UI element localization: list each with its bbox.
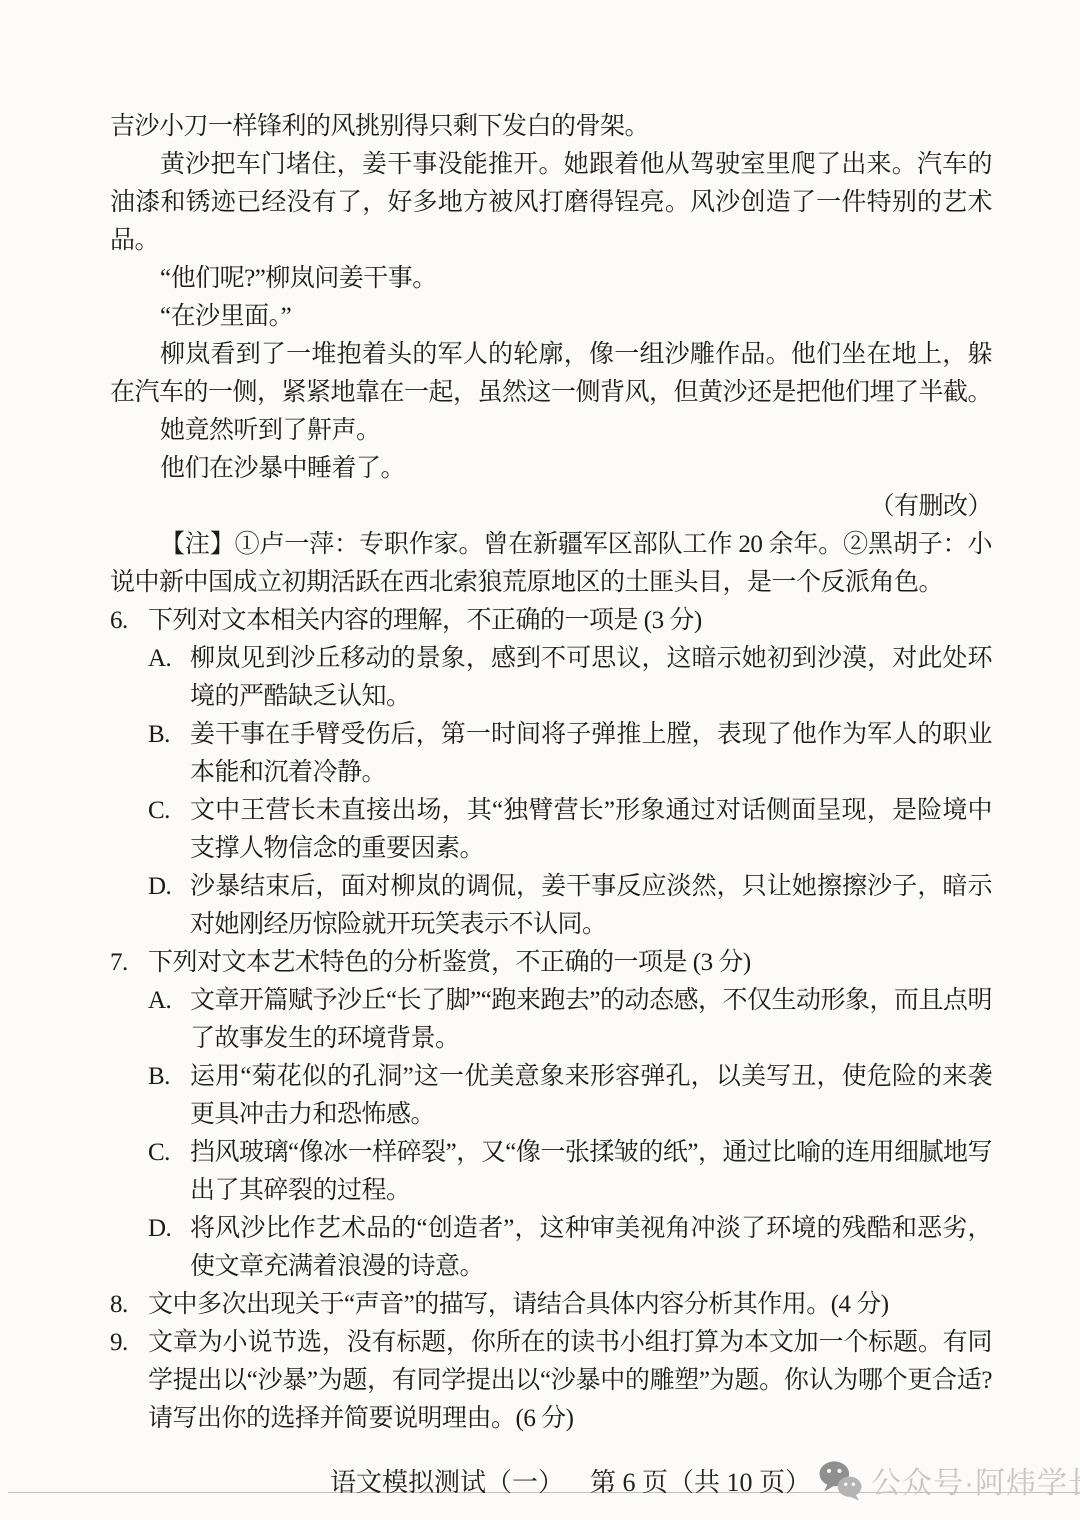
option-label: C. bbox=[148, 792, 190, 868]
story-paragraph: “他们呢?”柳岚问姜干事。 bbox=[110, 260, 992, 298]
option-text: 沙暴结束后，面对柳岚的调侃，姜干事反应淡然，只让她擦擦沙子，暗示对她刚经历惊险就… bbox=[190, 868, 992, 944]
option-row: C. 挡风玻璃“像冰一样碎裂”，又“像一张揉皱的纸”，通过比喻的连用细腻地写出了… bbox=[110, 1134, 992, 1210]
story-paragraph: “在沙里面。” bbox=[110, 298, 992, 336]
question-number: 8. bbox=[110, 1286, 148, 1324]
page-content: 吉沙小刀一样锋利的风挑别得只剩下发白的骨架。 黄沙把车门堵住，姜干事没能推开。她… bbox=[110, 108, 992, 1438]
note-paragraph: 【注】①卢一萍：专职作家。曾在新疆军区部队工作 20 余年。②黑胡子：小说中新中… bbox=[110, 526, 992, 602]
question-number: 6. bbox=[110, 602, 148, 640]
question-8: 8. 文中多次出现关于“声音”的描写，请结合具体内容分析其作用。(4 分) bbox=[110, 1286, 992, 1324]
option-text: 运用“菊花似的孔洞”这一优美意象来形容弹孔，以美写丑，使危险的来袭更具冲击力和恐… bbox=[190, 1058, 992, 1134]
exam-page: 吉沙小刀一样锋利的风挑别得只剩下发白的骨架。 黄沙把车门堵住，姜干事没能推开。她… bbox=[0, 0, 1080, 1520]
option-row: B. 运用“菊花似的孔洞”这一优美意象来形容弹孔，以美写丑，使危险的来袭更具冲击… bbox=[110, 1058, 992, 1134]
option-row: B. 姜干事在手臂受伤后，第一时间将子弹推上膛，表现了他作为军人的职业本能和沉着… bbox=[110, 716, 992, 792]
option-row: A. 文章开篇赋予沙丘“长了脚”“跑来跑去”的动态感，不仅生动形象，而且点明了故… bbox=[110, 982, 992, 1058]
option-text: 姜干事在手臂受伤后，第一时间将子弹推上膛，表现了他作为军人的职业本能和沉着冷静。 bbox=[190, 716, 992, 792]
question-text: 文中多次出现关于“声音”的描写，请结合具体内容分析其作用。(4 分) bbox=[148, 1286, 992, 1324]
question-6: 6. 下列对文本相关内容的理解，不正确的一项是 (3 分) A. 柳岚见到沙丘移… bbox=[110, 602, 992, 944]
page-footer: 语文模拟测试（一） 第 6 页（共 10 页） 公众号·阿炜学长 bbox=[0, 1454, 1080, 1506]
question-stem: 7. 下列对文本艺术特色的分析鉴赏，不正确的一项是 (3 分) bbox=[110, 944, 992, 982]
question-stem: 9. 文章为小说节选，没有标题，你所在的读书小组打算为本文加一个标题。有同学提出… bbox=[110, 1324, 992, 1438]
story-paragraph: 他们在沙暴中睡着了。 bbox=[110, 450, 992, 488]
option-row: A. 柳岚见到沙丘移动的景象，感到不可思议，这暗示她初到沙漠，对此处环境的严酷缺… bbox=[110, 640, 992, 716]
option-label: A. bbox=[148, 640, 190, 716]
option-text: 柳岚见到沙丘移动的景象，感到不可思议，这暗示她初到沙漠，对此处环境的严酷缺乏认知… bbox=[190, 640, 992, 716]
option-row: C. 文中王营长未直接出场，其“独臂营长”形象通过对话侧面呈现，是险境中支撑人物… bbox=[110, 792, 992, 868]
question-text: 文章为小说节选，没有标题，你所在的读书小组打算为本文加一个标题。有同学提出以“沙… bbox=[148, 1324, 992, 1438]
question-9: 9. 文章为小说节选，没有标题，你所在的读书小组打算为本文加一个标题。有同学提出… bbox=[110, 1324, 992, 1438]
footer-exam-title: 语文模拟测试（一） bbox=[330, 1462, 564, 1499]
story-paragraph: 她竟然听到了鼾声。 bbox=[110, 412, 992, 450]
option-label: A. bbox=[148, 982, 190, 1058]
option-text: 文中王营长未直接出场，其“独臂营长”形象通过对话侧面呈现，是险境中支撑人物信念的… bbox=[190, 792, 992, 868]
question-text: 下列对文本艺术特色的分析鉴赏，不正确的一项是 (3 分) bbox=[148, 944, 992, 982]
story-paragraph: 吉沙小刀一样锋利的风挑别得只剩下发白的骨架。 bbox=[110, 108, 992, 146]
story-paragraph: 黄沙把车门堵住，姜干事没能推开。她跟着他从驾驶室里爬了出来。汽车的油漆和锈迹已经… bbox=[110, 146, 992, 260]
question-number: 9. bbox=[110, 1324, 148, 1438]
footer-page-number: 第 6 页（共 10 页） bbox=[590, 1462, 811, 1499]
question-number: 7. bbox=[110, 944, 148, 982]
attribution: （有删改） bbox=[110, 488, 992, 526]
watermark: 公众号·阿炜学长 bbox=[817, 1458, 1080, 1502]
option-row: D. 沙暴结束后，面对柳岚的调侃，姜干事反应淡然，只让她擦擦沙子，暗示对她刚经历… bbox=[110, 868, 992, 944]
question-stem: 8. 文中多次出现关于“声音”的描写，请结合具体内容分析其作用。(4 分) bbox=[110, 1286, 992, 1324]
option-label: D. bbox=[148, 868, 190, 944]
option-label: B. bbox=[148, 716, 190, 792]
wechat-icon bbox=[817, 1459, 863, 1501]
option-row: D. 将风沙比作艺术品的“创造者”，这种审美视角冲淡了环境的残酷和恶劣，使文章充… bbox=[110, 1210, 992, 1286]
option-text: 将风沙比作艺术品的“创造者”，这种审美视角冲淡了环境的残酷和恶劣，使文章充满着浪… bbox=[190, 1210, 992, 1286]
question-text: 下列对文本相关内容的理解，不正确的一项是 (3 分) bbox=[148, 602, 992, 640]
question-stem: 6. 下列对文本相关内容的理解，不正确的一项是 (3 分) bbox=[110, 602, 992, 640]
option-label: D. bbox=[148, 1210, 190, 1286]
option-label: C. bbox=[148, 1134, 190, 1210]
watermark-text: 公众号·阿炜学长 bbox=[871, 1458, 1080, 1502]
story-paragraph: 柳岚看到了一堆抱着头的军人的轮廓，像一组沙雕作品。他们坐在地上，躲在汽车的一侧，… bbox=[110, 336, 992, 412]
question-7: 7. 下列对文本艺术特色的分析鉴赏，不正确的一项是 (3 分) A. 文章开篇赋… bbox=[110, 944, 992, 1286]
option-text: 挡风玻璃“像冰一样碎裂”，又“像一张揉皱的纸”，通过比喻的连用细腻地写出了其碎裂… bbox=[190, 1134, 992, 1210]
option-text: 文章开篇赋予沙丘“长了脚”“跑来跑去”的动态感，不仅生动形象，而且点明了故事发生… bbox=[190, 982, 992, 1058]
option-label: B. bbox=[148, 1058, 190, 1134]
